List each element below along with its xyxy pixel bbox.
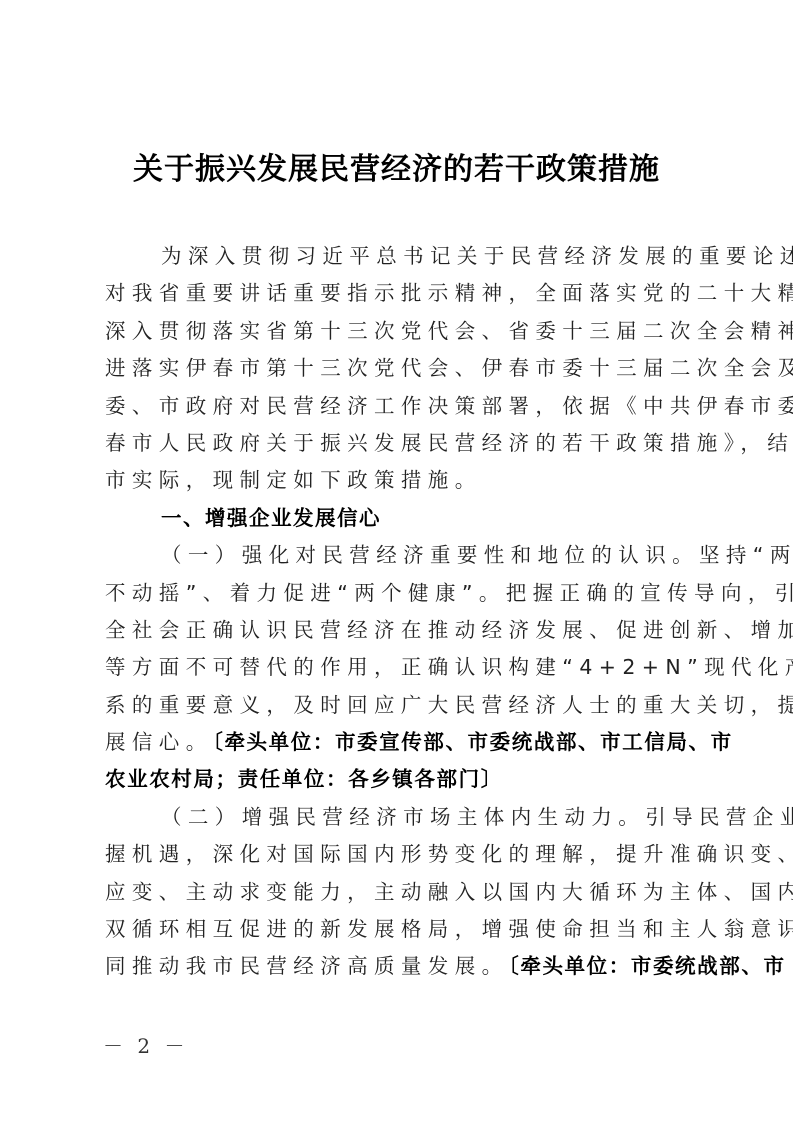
paragraph-line: 进落实伊春市第十三次党代会、伊春市委十三届二次全会及市 xyxy=(105,350,695,387)
paragraph-line: 握机遇，深化对国际国内形势变化的理解，提升准确识变、科学 xyxy=(105,836,695,873)
line-text: 为深入贯彻习近平总书记关于民营经济发展的重要论述和 xyxy=(161,244,793,268)
line-text: 同推动我市民营经济高质量发展。 xyxy=(105,954,509,978)
paragraph-line: 市实际，现制定如下政策措施。 xyxy=(105,462,695,499)
paragraph-line: 应变、主动求变能力，主动融入以国内大循环为主体、国内国际 xyxy=(105,874,695,911)
paragraph-line: 展信心。〔牵头单位：市委宣传部、市委统战部、市工信局、市 xyxy=(105,724,695,761)
page-number: － 2 － xyxy=(103,1030,188,1059)
line-text: 不动摇”、着力促进“两个健康”。把握正确的宣传导向，引导 xyxy=(105,581,793,605)
line-text: 双循环相互促进的新发展格局，增强使命担当和主人翁意识，共 xyxy=(105,917,793,941)
paragraph-line: 全社会正确认识民营经济在推动经济发展、促进创新、增加就业 xyxy=(105,612,695,649)
line-text: 进落实伊春市第十三次党代会、伊春市委十三届二次全会及市 xyxy=(105,356,793,380)
line-text: 对我省重要讲话重要指示批示精神，全面落实党的二十大精神， xyxy=(105,281,793,305)
line-text: 市实际，现制定如下政策措施。 xyxy=(105,468,482,492)
document-page: 关于振兴发展民营经济的若干政策措施 为深入贯彻习近平总书记关于民营经济发展的重要… xyxy=(0,0,793,1122)
paragraph-line: 对我省重要讲话重要指示批示精神，全面落实党的二十大精神， xyxy=(105,275,695,312)
paragraph-line: 同推动我市民营经济高质量发展。〔牵头单位：市委统战部、市 xyxy=(105,948,695,985)
line-text: 握机遇，深化对国际国内形势变化的理解，提升准确识变、科学 xyxy=(105,842,793,866)
section-heading: 一、增强企业发展信心 xyxy=(105,500,695,537)
heading-text: 一、增强企业发展信心 xyxy=(161,506,381,530)
line-text: （二）增强民营经济市场主体内生动力。引导民营企业家把 xyxy=(161,805,793,829)
line-text: 系的重要意义，及时回应广大民营经济人士的重大关切，提振发 xyxy=(105,693,793,717)
responsible-units: 农业农村局；责任单位：各乡镇各部门〕 xyxy=(105,767,503,791)
paragraph-line: 系的重要意义，及时回应广大民营经济人士的重大关切，提振发 xyxy=(105,687,695,724)
line-text: 展信心。 xyxy=(105,730,213,754)
paragraph-line: 深入贯彻落实省第十三次党代会、省委十三届二次全会精神，推 xyxy=(105,313,695,350)
paragraph-line: （一）强化对民营经济重要性和地位的认识。坚持“两个毫 xyxy=(105,537,695,574)
line-text: 深入贯彻落实省第十三次党代会、省委十三届二次全会精神，推 xyxy=(105,319,793,343)
line-text: （一）强化对民营经济重要性和地位的认识。坚持“两个毫 xyxy=(161,543,793,567)
line-text: 全社会正确认识民营经济在推动经济发展、促进创新、增加就业 xyxy=(105,618,793,642)
line-text: 春市人民政府关于振兴发展民营经济的若干政策措施》，结合我 xyxy=(105,431,793,455)
paragraph-line: 农业农村局；责任单位：各乡镇各部门〕 xyxy=(105,761,695,798)
document-body: 为深入贯彻习近平总书记关于民营经济发展的重要论述和 对我省重要讲话重要指示批示精… xyxy=(105,238,695,986)
responsible-units: 〔牵头单位：市委宣传部、市委统战部、市工信局、市 xyxy=(213,730,733,754)
paragraph-line: 等方面不可替代的作用，正确认识构建“4+2+N”现代化产业体 xyxy=(105,649,695,686)
paragraph-line: 为深入贯彻习近平总书记关于民营经济发展的重要论述和 xyxy=(105,238,695,275)
paragraph-line: （二）增强民营经济市场主体内生动力。引导民营企业家把 xyxy=(105,799,695,836)
line-text: 委、市政府对民营经济工作决策部署，依据《中共伊春市委、伊 xyxy=(105,394,793,418)
line-text: 等方面不可替代的作用，正确认识构建“4+2+N”现代化产业体 xyxy=(105,655,793,679)
paragraph-line: 双循环相互促进的新发展格局，增强使命担当和主人翁意识，共 xyxy=(105,911,695,948)
responsible-units: 〔牵头单位：市委统战部、市 xyxy=(509,954,786,978)
paragraph-line: 不动摇”、着力促进“两个健康”。把握正确的宣传导向，引导 xyxy=(105,575,695,612)
document-title: 关于振兴发展民营经济的若干政策措施 xyxy=(0,148,793,192)
paragraph-line: 委、市政府对民营经济工作决策部署，依据《中共伊春市委、伊 xyxy=(105,388,695,425)
line-text: 应变、主动求变能力，主动融入以国内大循环为主体、国内国际 xyxy=(105,880,793,904)
paragraph-line: 春市人民政府关于振兴发展民营经济的若干政策措施》，结合我 xyxy=(105,425,695,462)
